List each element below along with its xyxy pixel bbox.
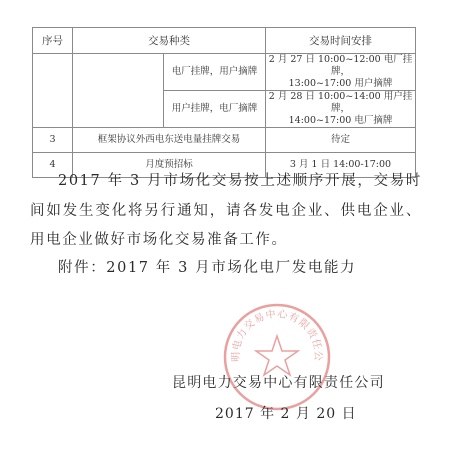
signature-org: 昆明电力交易中心有限责任公司: [172, 372, 385, 392]
schedule-line: 14:00~17:00 电厂摘牌: [289, 115, 393, 126]
cell-no: 3: [33, 128, 73, 153]
header-no: 序号: [33, 28, 73, 54]
official-seal-icon: 昆明电力交易中心有限责任公司: [222, 302, 332, 412]
header-schedule: 交易时间安排: [266, 28, 416, 54]
cell-type-empty: [73, 54, 164, 128]
cell-sub-type: 电厂挂牌，用户摘牌: [164, 54, 266, 91]
body-paragraph: 2017 年 3 月市场化交易按上述顺序开展，交易时间如发生变化将另行通知，请各…: [30, 167, 422, 256]
cell-schedule: 2 月 27 日 10:00~12:00 电厂挂牌， 13:00~17:00 用…: [266, 54, 416, 91]
body-paragraph-text: 2017 年 3 月市场化交易按上述顺序开展，交易时间如发生变化将另行通知，请各…: [30, 173, 422, 248]
attachment-line: 附件：2017 年 3 月市场化电厂发电能力: [30, 254, 422, 284]
cell-schedule: 待定: [266, 128, 416, 153]
cell-no-empty: [33, 54, 73, 128]
schedule-line: 2 月 28 日 10:00~14:00 用户挂牌，: [269, 91, 412, 114]
table-row: 3 框架协议外西电东送电量挂牌交易 待定: [33, 128, 416, 153]
svg-text:昆明电力交易中心有限责任公司: 昆明电力交易中心有限责任公司: [222, 302, 325, 362]
table-header-row: 序号 交易种类 交易时间安排: [33, 28, 416, 54]
schedule-line: 13:00~17:00 用户摘牌: [289, 78, 393, 89]
cell-sub-type: 用户挂牌，电厂摘牌: [164, 91, 266, 128]
table-row: 电厂挂牌，用户摘牌 2 月 27 日 10:00~12:00 电厂挂牌， 13:…: [33, 54, 416, 91]
attachment-text: 附件：2017 年 3 月市场化电厂发电能力: [58, 260, 356, 276]
cell-schedule: 2 月 28 日 10:00~14:00 用户挂牌， 14:00~17:00 电…: [266, 91, 416, 128]
schedule-line: 2 月 27 日 10:00~12:00 电厂挂牌，: [269, 54, 412, 77]
cell-type: 框架协议外西电东送电量挂牌交易: [73, 128, 266, 153]
trading-schedule-table: 序号 交易种类 交易时间安排 电厂挂牌，用户摘牌 2 月 27 日 10:00~…: [32, 27, 416, 178]
signature-date: 2017 年 2 月 20 日: [215, 403, 357, 423]
header-type: 交易种类: [73, 28, 266, 54]
